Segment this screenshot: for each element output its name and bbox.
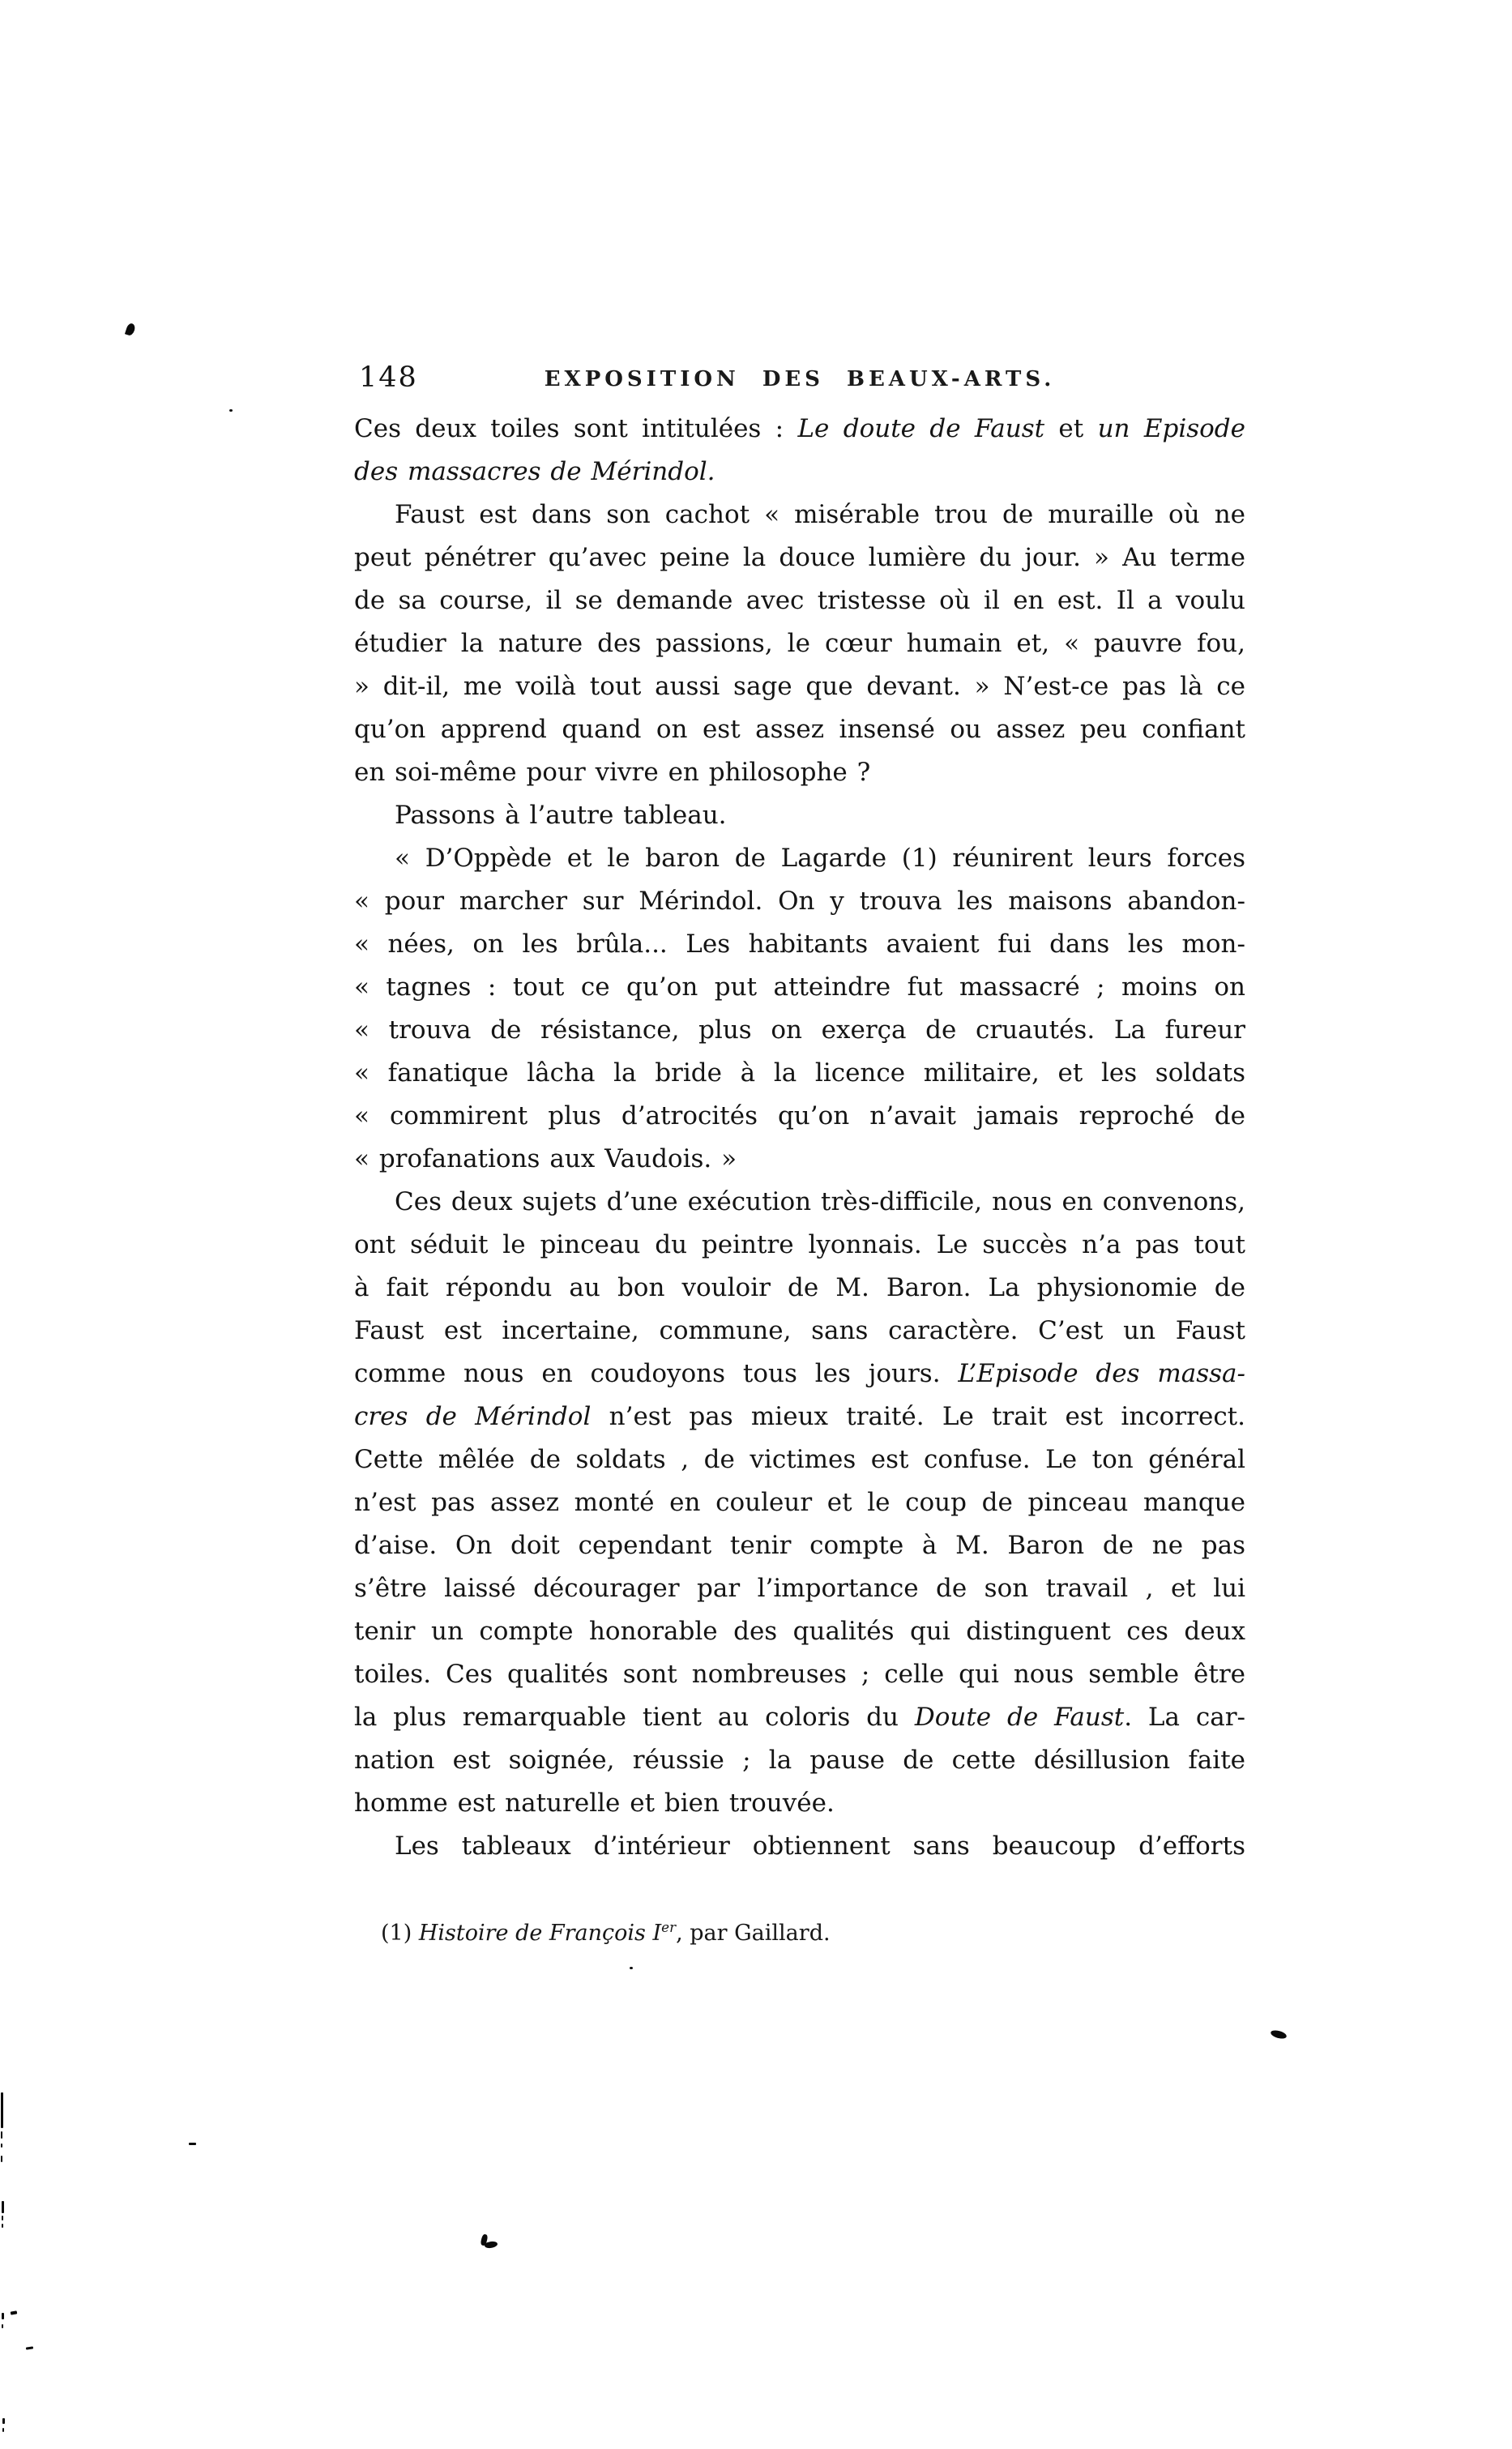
text-line: Faust est dans son cachot « misérable tr… xyxy=(354,494,1245,536)
ink-mark xyxy=(2,2216,3,2220)
text-line: Les tableaux d’intérieur obtiennent sans… xyxy=(354,1825,1245,1868)
ink-mark xyxy=(189,2143,196,2145)
text-line: « commirent plus d’atrocités qu’on n’ava… xyxy=(354,1095,1245,1138)
text-segment: d’aise. On doit cependant tenir compte à… xyxy=(354,1531,1245,1560)
text-segment: « fanatique lâcha la bride à la licence … xyxy=(354,1058,1245,1088)
text-line: à fait répondu au bon vouloir de M. Baro… xyxy=(354,1267,1245,1310)
text-segment: comme nous en coudoyons tous les jours. xyxy=(354,1359,958,1388)
text-segment: « commirent plus d’atrocités qu’on n’ava… xyxy=(354,1101,1245,1130)
text-segment: Faust est incertaine, commune, sans cara… xyxy=(354,1316,1245,1345)
text-line: » dit-il, me voilà tout aussi sage que d… xyxy=(354,665,1245,708)
text-line: qu’on apprend quand on est assez insensé… xyxy=(354,708,1245,751)
text-segment: Faust est dans son cachot « misérable tr… xyxy=(395,500,1245,529)
text-segment: L’Episode des massa- xyxy=(958,1359,1245,1388)
text-segment: s’être laissé décourager par l’importanc… xyxy=(354,1574,1245,1603)
ink-mark xyxy=(229,409,233,412)
text-line: en soi-même pour vivre en philosophe ? xyxy=(354,751,1245,794)
ink-mark xyxy=(1,2131,2,2139)
text-line: « fanatique lâcha la bride à la licence … xyxy=(354,1052,1245,1095)
text-segment: « nées, on les brûla... Les habitants av… xyxy=(354,930,1245,959)
text-segment: Le doute de Faust xyxy=(797,414,1044,443)
text-line: « nées, on les brûla... Les habitants av… xyxy=(354,923,1245,966)
ink-mark xyxy=(125,323,136,336)
text-segment: « pour marcher sur Mérindol. On y trouva… xyxy=(354,887,1245,916)
text-segment: er xyxy=(661,1919,676,1935)
text-segment: « D’Oppède et le baron de Lagarde (1) ré… xyxy=(395,844,1245,873)
ink-mark xyxy=(2,2418,5,2424)
text-segment: « tagnes : tout ce qu’on put atteindre f… xyxy=(354,972,1245,1002)
text-line: toiles. Ces qualités sont nombreuses ; c… xyxy=(354,1653,1245,1696)
text-line: des massacres de Mérindol. xyxy=(354,451,1245,494)
text-segment: de sa course, il se demande avec tristes… xyxy=(354,586,1245,615)
ink-mark xyxy=(2,2224,3,2228)
text-line: « pour marcher sur Mérindol. On y trouva… xyxy=(354,880,1245,923)
text-line: homme est naturelle et bien trouvée. xyxy=(354,1782,1245,1825)
text-segment: qu’on apprend quand on est assez insensé… xyxy=(354,715,1245,744)
text-segment: à fait répondu au bon vouloir de M. Baro… xyxy=(354,1273,1245,1302)
ink-mark xyxy=(2,2201,4,2213)
ink-mark xyxy=(630,1967,633,1969)
text-line: Passons à l’autre tableau. xyxy=(354,794,1245,837)
text-line: Ces deux sujets d’une exécution très-dif… xyxy=(354,1181,1245,1224)
text-line: « tagnes : tout ce qu’on put atteindre f… xyxy=(354,966,1245,1009)
page-header: 148 EXPOSITION DES BEAUX-ARTS. xyxy=(354,361,1245,400)
text-segment: et xyxy=(1044,414,1097,443)
text-segment: des massacres de Mérindol. xyxy=(354,457,715,486)
text-segment: Ces deux sujets d’une exécution très-dif… xyxy=(395,1187,1245,1216)
footnote: (1) Histoire de François Ier, par Gailla… xyxy=(381,1913,1248,1948)
ink-mark xyxy=(2,2428,4,2432)
text-line: de sa course, il se demande avec tristes… xyxy=(354,579,1245,622)
ink-mark xyxy=(1270,2029,1287,2039)
text-segment: nation est soignée, réussie ; la pause d… xyxy=(354,1746,1245,1775)
text-line: nation est soignée, réussie ; la pause d… xyxy=(354,1739,1245,1782)
text-line: d’aise. On doit cependant tenir compte à… xyxy=(354,1524,1245,1567)
text-segment: homme est naturelle et bien trouvée. xyxy=(354,1789,835,1818)
text-segment: Histoire de François I xyxy=(419,1921,661,1946)
text-line: Faust est incertaine, commune, sans cara… xyxy=(354,1310,1245,1353)
text-segment: n’est pas assez monté en couleur et le c… xyxy=(354,1488,1245,1517)
text-line: la plus remarquable tient au coloris du … xyxy=(354,1696,1245,1739)
text-segment: . La car- xyxy=(1124,1703,1245,1732)
text-segment: n’est pas mieux traité. Le trait est inc… xyxy=(591,1402,1245,1431)
text-line: « trouva de résistance, plus on exerça d… xyxy=(354,1009,1245,1052)
text-line: Ces deux toiles sont intitulées : Le dou… xyxy=(354,408,1245,451)
text-line: « D’Oppède et le baron de Lagarde (1) ré… xyxy=(354,837,1245,880)
text-segment: en soi-même pour vivre en philosophe ? xyxy=(354,758,870,787)
ink-mark xyxy=(26,2346,33,2349)
text-line: « profanations aux Vaudois. » xyxy=(354,1138,1245,1181)
text-segment: cres de Mérindol xyxy=(354,1402,591,1431)
text-segment: » dit-il, me voilà tout aussi sage que d… xyxy=(354,672,1245,701)
text-segment: ont séduit le pinceau du peintre lyonnai… xyxy=(354,1230,1245,1259)
text-segment: étudier la nature des passions, le cœur … xyxy=(354,629,1245,658)
ink-mark xyxy=(2,2324,3,2328)
text-segment: « trouva de résistance, plus on exerça d… xyxy=(354,1015,1245,1045)
text-line: ont séduit le pinceau du peintre lyonnai… xyxy=(354,1224,1245,1267)
text-line: étudier la nature des passions, le cœur … xyxy=(354,622,1245,665)
text-segment: Les tableaux d’intérieur obtiennent sans… xyxy=(395,1831,1245,1861)
text-line: peut pénétrer qu’avec peine la douce lum… xyxy=(354,536,1245,579)
text-segment: Cette mêlée de soldats , de victimes est… xyxy=(354,1445,1245,1474)
text-segment: Ces deux toiles sont intitulées : xyxy=(354,414,797,443)
body-text: Ces deux toiles sont intitulées : Le dou… xyxy=(354,408,1245,1868)
ink-mark xyxy=(1,2092,3,2128)
text-segment: (1) xyxy=(381,1921,419,1946)
text-segment: la plus remarquable tient au coloris du xyxy=(354,1703,915,1732)
text-segment: toiles. Ces qualités sont nombreuses ; c… xyxy=(354,1660,1245,1689)
ink-mark xyxy=(11,2310,18,2314)
text-segment: , par Gaillard. xyxy=(676,1921,830,1946)
text-line: tenir un compte honorable des qualités q… xyxy=(354,1610,1245,1653)
text-segment: un Episode xyxy=(1098,414,1245,443)
text-line: comme nous en coudoyons tous les jours. … xyxy=(354,1353,1245,1395)
text-segment: Passons à l’autre tableau. xyxy=(395,801,727,830)
text-line: n’est pas assez monté en couleur et le c… xyxy=(354,1481,1245,1524)
text-segment: peut pénétrer qu’avec peine la douce lum… xyxy=(354,543,1245,572)
ink-mark xyxy=(2,2313,4,2319)
scanned-book-page: 148 EXPOSITION DES BEAUX-ARTS. Ces deux … xyxy=(0,0,1512,2449)
text-segment: tenir un compte honorable des qualités q… xyxy=(354,1617,1245,1646)
running-title: EXPOSITION DES BEAUX-ARTS. xyxy=(354,367,1245,391)
ink-mark xyxy=(1,2143,2,2148)
text-segment: « profanations aux Vaudois. » xyxy=(354,1144,737,1173)
text-line: cres de Mérindol n’est pas mieux traité.… xyxy=(354,1395,1245,1438)
text-line: s’être laissé décourager par l’importanc… xyxy=(354,1567,1245,1610)
text-segment: Doute de Faust xyxy=(915,1703,1124,1732)
ink-mark xyxy=(1,2156,2,2162)
text-line: Cette mêlée de soldats , de victimes est… xyxy=(354,1438,1245,1481)
